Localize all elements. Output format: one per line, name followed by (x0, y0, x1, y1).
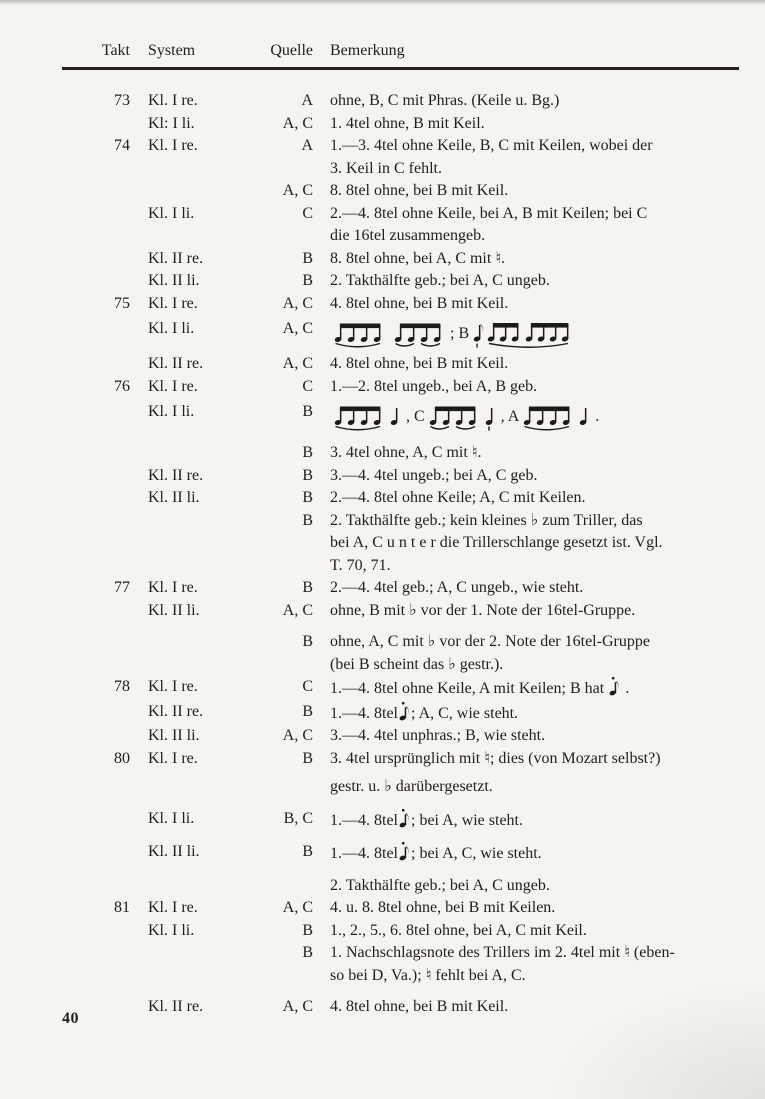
bemerkung-line: 1.—3. 4tel ohne Keile, B, C mit Keilen, … (330, 135, 653, 158)
bemerkung-line: 1. Nachschlagsnote des Trillers im 2. 4t… (330, 942, 675, 965)
quelle-cell: B (248, 401, 313, 424)
quelle-cell: A, C (248, 725, 313, 748)
text-segment: 1.—4. 8tel (330, 705, 398, 722)
system-cell: Kl. II li. (148, 270, 248, 293)
text-segment: 1.—2. 8tel ungeb., bei A, B geb. (330, 378, 537, 395)
text-segment: 4. 8tel ohne, bei B mit Keil. (330, 998, 508, 1015)
table-row: 75 Kl. I re. A, C 4. 8tel ohne, bei B mi… (0, 293, 765, 316)
text-segment: (bei B scheint das ♭ gestr.). (330, 656, 503, 673)
bemerkung-cell: 1.—3. 4tel ohne Keile, B, C mit Keilen, … (330, 135, 653, 180)
system-cell: Kl. I re. (148, 90, 248, 113)
bemerkung-line: 4. u. 8. 8tel ohne, bei B mit Keilen. (330, 897, 555, 920)
bemerkung-cell: 1.—4. 8tel ohne Keile, A mit Keilen; B h… (330, 676, 629, 701)
system-cell: Kl. II re. (148, 248, 248, 271)
quelle-cell: C (248, 203, 313, 226)
bemerkung-line: ohne, A, C mit ♭ vor der 2. Note der 16t… (330, 631, 650, 654)
system-cell: Kl. I re. (148, 135, 248, 158)
system-cell: Kl. II li. (148, 600, 248, 623)
bemerkung-line: 1. 4tel ohne, B mit Keil. (330, 113, 485, 136)
bemerkung-cell: 1.—4. 8tel ; bei A, wie steht. (330, 808, 523, 833)
text-segment: ; bei A, wie steht. (411, 812, 523, 829)
text-segment: 3.—4. 4tel ungeb.; bei A, C geb. (330, 467, 538, 484)
text-segment: 8. 8tel ohne, bei A, C mit ♮. (330, 250, 505, 267)
bemerkung-line: (bei B scheint das ♭ gestr.). (330, 654, 650, 677)
system-cell: Kl. I re. (148, 897, 248, 920)
text-segment: die 16tel zusammengeb. (330, 227, 485, 244)
bemerkung-cell: 8. 8tel ohne, bei A, C mit ♮. (330, 248, 505, 271)
system-cell: Kl: I li. (148, 113, 248, 136)
quelle-cell: B (248, 248, 313, 271)
quelle-cell: A, C (248, 180, 313, 203)
text-segment: 2.—4. 4tel geb.; A, C ungeb., wie steht. (330, 579, 583, 596)
text-segment: 1.—4. 8tel (330, 845, 398, 862)
text-segment: ohne, B, C mit Phras. (Keile u. Bg.) (330, 92, 559, 109)
bemerkung-cell: ohne, B, C mit Phras. (Keile u. Bg.) (330, 90, 559, 113)
text-segment: 3. Keil in C fehlt. (330, 160, 442, 177)
quelle-cell: A, C (248, 293, 313, 316)
notes4-slur-icon (333, 320, 387, 349)
table-row: Kl. II li. A, C ohne, B mit ♭ vor der 1.… (0, 600, 765, 623)
text-segment: 2. Takthälfte geb.; bei A, C ungeb. (330, 272, 550, 289)
takt-cell: 74 (0, 135, 130, 158)
header-rule (62, 67, 739, 70)
text-segment: 4. 8tel ohne, bei B mit Keil. (330, 355, 508, 372)
quelle-cell: A (248, 135, 313, 158)
bemerkung-line: gestr. u. ♭ darübergesetzt. (330, 776, 661, 799)
quelle-cell: B (248, 920, 313, 943)
header-system: System (148, 42, 248, 60)
system-cell: Kl. I li. (148, 920, 248, 943)
bemerkung-line: T. 70, 71. (330, 555, 663, 578)
scan-edge-shadow (0, 0, 765, 5)
table-row: A, C 8. 8tel ohne, bei B mit Keil. (0, 180, 765, 203)
bemerkung-line: so bei D, Va.); ♮ fehlt bei A, C. (330, 965, 675, 988)
table-row: 74 Kl. I re. A 1.—3. 4tel ohne Keile, B,… (0, 135, 765, 180)
header-quelle: Quelle (248, 42, 313, 60)
text-segment: 3.—4. 4tel unphras.; B, wie steht. (330, 727, 545, 744)
table-row: Kl. I li. A, C ; B (0, 318, 765, 350)
text-segment: 4. u. 8. 8tel ohne, bei B mit Keilen. (330, 899, 555, 916)
bemerkung-line: ; B (330, 318, 577, 350)
eighth-stacc-icon (399, 808, 410, 829)
table-row: Kl. II re. A, C 4. 8tel ohne, bei B mit … (0, 996, 765, 1019)
text-segment: ; A, C, wie steht. (411, 705, 518, 722)
bemerkung-cell: 3. 4tel ohne, A, C mit ♮. (330, 442, 482, 465)
quelle-cell: B (248, 487, 313, 510)
quelle-cell: B, C (248, 808, 313, 831)
table-row: Kl. I li. B , C , A (0, 401, 765, 433)
bemerkung-line: 3. 4tel ursprünglich mit ♮; dies (von Mo… (330, 748, 661, 771)
text-segment: . (621, 680, 629, 697)
table-row: 81 Kl. I re. A, C 4. u. 8. 8tel ohne, be… (0, 897, 765, 920)
bemerkung-cell: 4. 8tel ohne, bei B mit Keil. (330, 996, 508, 1019)
bemerkung-line: 1.—4. 8tel ; bei A, C, wie steht. (330, 841, 542, 866)
bemerkung-cell: 8. 8tel ohne, bei B mit Keil. (330, 180, 508, 203)
table-row: 78 Kl. I re. C 1.—4. 8tel ohne Keile, A … (0, 676, 765, 701)
quelle-cell: B (248, 701, 313, 724)
system-cell: Kl. I li. (148, 401, 248, 424)
takt-cell: 76 (0, 376, 130, 399)
page-number: 40 (62, 1010, 79, 1028)
system-cell: Kl. I re. (148, 676, 248, 699)
bemerkung-cell: 3. 4tel ursprünglich mit ♮; dies (von Mo… (330, 748, 661, 799)
table-row: Kl: I li. A, C 1. 4tel ohne, B mit Keil. (0, 113, 765, 136)
quelle-cell: A, C (248, 996, 313, 1019)
bemerkung-cell: 4. u. 8. 8tel ohne, bei B mit Keilen. (330, 897, 555, 920)
text-segment: 1. 4tel ohne, B mit Keil. (330, 115, 485, 132)
table-row: B 1. Nachschlagsnote des Trillers im 2. … (0, 942, 765, 987)
notes4-slur-quarter-icon (333, 403, 403, 432)
quelle-cell: B (248, 631, 313, 654)
bemerkung-cell: 2.—4. 8tel ohne Keile; A, C mit Keilen. (330, 487, 586, 510)
takt-cell: 73 (0, 90, 130, 113)
system-cell: Kl. II re. (148, 701, 248, 724)
text-segment: , A (501, 401, 520, 433)
bemerkung-line: 3.—4. 4tel unphras.; B, wie steht. (330, 725, 545, 748)
quelle-cell: A (248, 90, 313, 113)
bemerkung-line: 1.—4. 8tel ; bei A, wie steht. (330, 808, 523, 833)
table-row: 73 Kl. I re. A ohne, B, C mit Phras. (Ke… (0, 90, 765, 113)
system-cell: Kl. I re. (148, 293, 248, 316)
bemerkung-line: 2. Takthälfte geb.; bei A, C ungeb. (330, 875, 550, 898)
eighth-stacc-icon (399, 701, 410, 722)
text-segment: 1., 2., 5., 6. 8tel ohne, bei A, C mit K… (330, 922, 587, 939)
bemerkung-cell: 3.—4. 4tel unphras.; B, wie steht. (330, 725, 545, 748)
text-segment: ohne, A, C mit ♭ vor der 2. Note der 16t… (330, 633, 650, 650)
text-segment: 3. 4tel ursprünglich mit ♮; dies (von Mo… (330, 750, 661, 767)
system-cell: Kl. I re. (148, 376, 248, 399)
table-row: Kl. I li. C 2.—4. 8tel ohne Keile, bei A… (0, 203, 765, 248)
table-row: Kl. II re. B 1.—4. 8tel ; A, C, wie steh… (0, 701, 765, 726)
table-row: 77 Kl. I re. B 2.—4. 4tel geb.; A, C ung… (0, 577, 765, 600)
bemerkung-line: 3.—4. 4tel ungeb.; bei A, C geb. (330, 465, 538, 488)
text-segment: 1.—4. 8tel (330, 812, 398, 829)
system-cell: Kl. I li. (148, 203, 248, 226)
bemerkung-cell: 1., 2., 5., 6. 8tel ohne, bei A, C mit K… (330, 920, 587, 943)
quelle-cell: B (248, 465, 313, 488)
table-row: Kl. II re. B 8. 8tel ohne, bei A, C mit … (0, 248, 765, 271)
bemerkung-line: ohne, B, C mit Phras. (Keile u. Bg.) (330, 90, 559, 113)
bemerkung-line: 4. 8tel ohne, bei B mit Keil. (330, 996, 508, 1019)
quelle-cell: C (248, 676, 313, 699)
system-cell: Kl. II re. (148, 465, 248, 488)
text-segment: 2. Takthälfte geb.; bei A, C ungeb. (330, 877, 550, 894)
text-segment: . (595, 401, 599, 433)
scanned-document-page: { "page": { "number": "40" }, "header": … (0, 0, 765, 1099)
bemerkung-line: bei A, C u n t e r die Trillerschlange g… (330, 532, 663, 555)
bemerkung-line: 4. 8tel ohne, bei B mit Keil. (330, 293, 508, 316)
bemerkung-cell: 2. Takthälfte geb.; bei A, C ungeb. (330, 270, 550, 293)
table-row: Kl. II li. A, C 3.—4. 4tel unphras.; B, … (0, 725, 765, 748)
table-row: B 3. 4tel ohne, A, C mit ♮. (0, 442, 765, 465)
text-segment: 1.—3. 4tel ohne Keile, B, C mit Keilen, … (330, 137, 653, 154)
text-segment: 2.—4. 8tel ohne Keile, bei A, B mit Keil… (330, 205, 647, 222)
text-segment: 3. 4tel ohne, A, C mit ♮. (330, 444, 482, 461)
quelle-cell: A, C (248, 600, 313, 623)
bemerkung-cell: 2. Takthälfte geb.; bei A, C ungeb. (330, 875, 550, 898)
text-segment: ohne, B mit ♭ vor der 1. Note der 16tel-… (330, 602, 635, 619)
notes4-slur-quarter-icon (522, 403, 592, 432)
system-cell: Kl. II re. (148, 353, 248, 376)
bemerkung-line: , C , A . (330, 401, 599, 433)
table-row: Kl. II li. B 2. Takthälfte geb.; bei A, … (0, 270, 765, 293)
header-bemerkung: Bemerkung (330, 42, 405, 60)
quelle-cell: B (248, 841, 313, 864)
text-segment: , C (406, 401, 425, 433)
text-segment: bei A, C u n t e r die Trillerschlange g… (330, 534, 663, 551)
system-cell: Kl. I re. (148, 577, 248, 600)
bemerkung-cell: 1.—2. 8tel ungeb., bei A, B geb. (330, 376, 537, 399)
quelle-cell: A, C (248, 318, 313, 341)
text-segment: 4. 8tel ohne, bei B mit Keil. (330, 295, 508, 312)
bemerkung-line: 2.—4. 8tel ohne Keile; A, C mit Keilen. (330, 487, 586, 510)
bemerkung-line: ohne, B mit ♭ vor der 1. Note der 16tel-… (330, 600, 635, 623)
bemerkung-cell: 4. 8tel ohne, bei B mit Keil. (330, 353, 508, 376)
table-rows: 73 Kl. I re. A ohne, B, C mit Phras. (Ke… (0, 90, 765, 1019)
takt-cell: 78 (0, 676, 130, 699)
system-cell: Kl. II li. (148, 841, 248, 864)
text-segment: 2.—4. 8tel ohne Keile; A, C mit Keilen. (330, 489, 586, 506)
text-segment: 2. Takthälfte geb.; kein kleines ♭ zum T… (330, 512, 643, 529)
quelle-cell: A, C (248, 897, 313, 920)
text-segment: ; bei A, C, wie steht. (411, 845, 542, 862)
quelle-cell: B (248, 442, 313, 465)
bemerkung-cell: 1. Nachschlagsnote des Trillers im 2. 4t… (330, 942, 675, 987)
quelle-cell: A, C (248, 113, 313, 136)
bemerkung-line: 1., 2., 5., 6. 8tel ohne, bei A, C mit K… (330, 920, 587, 943)
table-row: Kl. II re. A, C 4. 8tel ohne, bei B mit … (0, 353, 765, 376)
system-cell: Kl. II li. (148, 487, 248, 510)
table-header: Takt System Quelle Bemerkung (0, 42, 765, 60)
quelle-cell: B (248, 577, 313, 600)
table-row: B 2. Takthälfte geb.; kein kleines ♭ zum… (0, 510, 765, 578)
bemerkung-cell: ohne, B mit ♭ vor der 1. Note der 16tel-… (330, 600, 635, 623)
bemerkung-line: 2. Takthälfte geb.; kein kleines ♭ zum T… (330, 510, 663, 533)
bemerkung-line: 8. 8tel ohne, bei A, C mit ♮. (330, 248, 505, 271)
takt-cell: 81 (0, 897, 130, 920)
quelle-cell: C (248, 376, 313, 399)
bemerkung-cell: 1.—4. 8tel ; bei A, C, wie steht. (330, 841, 542, 866)
table-row: 76 Kl. I re. C 1.—2. 8tel ungeb., bei A,… (0, 376, 765, 399)
bemerkung-cell: 4. 8tel ohne, bei B mit Keil. (330, 293, 508, 316)
bemerkung-line: 8. 8tel ohne, bei B mit Keil. (330, 180, 508, 203)
bemerkung-cell: 3.—4. 4tel ungeb.; bei A, C geb. (330, 465, 538, 488)
text-segment: 1. Nachschlagsnote des Trillers im 2. 4t… (330, 944, 675, 961)
quelle-cell: B (248, 270, 313, 293)
table-row: 2. Takthälfte geb.; bei A, C ungeb. (0, 875, 765, 898)
text-segment: 8. 8tel ohne, bei B mit Keil. (330, 182, 508, 199)
table-row: Kl. II li. B 1.—4. 8tel ; bei A, C, wie … (0, 841, 765, 866)
bemerkung-line: 2.—4. 8tel ohne Keile, bei A, B mit Keil… (330, 203, 647, 226)
bemerkung-line: 1.—4. 8tel ; A, C, wie steht. (330, 701, 518, 726)
bemerkung-cell: ohne, A, C mit ♭ vor der 2. Note der 16t… (330, 631, 650, 676)
bemerkung-cell: 1.—4. 8tel ; A, C, wie steht. (330, 701, 518, 726)
text-segment: so bei D, Va.); ♮ fehlt bei A, C. (330, 967, 526, 984)
bemerkung-line: 2. Takthälfte geb.; bei A, C ungeb. (330, 270, 550, 293)
bemerkung-line: die 16tel zusammengeb. (330, 225, 647, 248)
bemerkung-cell: 1. 4tel ohne, B mit Keil. (330, 113, 485, 136)
notes8-run-icon (472, 319, 574, 350)
bemerkung-cell: 2.—4. 8tel ohne Keile, bei A, B mit Keil… (330, 203, 647, 248)
text-segment: T. 70, 71. (330, 557, 391, 574)
bemerkung-line: 2.—4. 4tel geb.; A, C ungeb., wie steht. (330, 577, 583, 600)
bemerkung-line: 4. 8tel ohne, bei B mit Keil. (330, 353, 508, 376)
system-cell: Kl. I li. (148, 808, 248, 831)
bemerkung-cell: , C , A . (330, 401, 599, 433)
quelle-cell: B (248, 510, 313, 533)
eighth-stacc-icon (609, 676, 620, 697)
table-row: 80 Kl. I re. B 3. 4tel ursprünglich mit … (0, 748, 765, 799)
bemerkung-line: 3. Keil in C fehlt. (330, 158, 653, 181)
takt-cell: 77 (0, 577, 130, 600)
bemerkung-line: 3. 4tel ohne, A, C mit ♮. (330, 442, 482, 465)
bemerkung-cell: ; B (330, 318, 577, 350)
system-cell: Kl. II re. (148, 996, 248, 1019)
eighth-stacc-icon (399, 841, 410, 862)
notes4-pairslurs-quarter-stacc-icon (428, 403, 498, 432)
text-segment: gestr. u. ♭ darübergesetzt. (330, 778, 493, 795)
table-row: Kl. I li. B 1., 2., 5., 6. 8tel ohne, be… (0, 920, 765, 943)
takt-cell: 80 (0, 748, 130, 771)
takt-cell: 75 (0, 293, 130, 316)
quelle-cell: B (248, 942, 313, 965)
table-row: Kl. II re. B 3.—4. 4tel ungeb.; bei A, C… (0, 465, 765, 488)
bemerkung-cell: 2.—4. 4tel geb.; A, C ungeb., wie steht. (330, 577, 583, 600)
system-cell: Kl. I li. (148, 318, 248, 341)
table-row: Kl. II li. B 2.—4. 8tel ohne Keile; A, C… (0, 487, 765, 510)
text-segment: ; B (450, 318, 469, 350)
header-takt: Takt (0, 42, 130, 60)
quelle-cell: B (248, 748, 313, 771)
notes4-pairslurs-icon (393, 320, 447, 349)
bemerkung-cell: 2. Takthälfte geb.; kein kleines ♭ zum T… (330, 510, 663, 578)
bemerkung-line: 1.—4. 8tel ohne Keile, A mit Keilen; B h… (330, 676, 629, 701)
table-row: Kl. I li. B, C 1.—4. 8tel ; bei A, wie s… (0, 808, 765, 833)
quelle-cell: A, C (248, 353, 313, 376)
system-cell: Kl. II li. (148, 725, 248, 748)
bemerkung-line: 1.—2. 8tel ungeb., bei A, B geb. (330, 376, 537, 399)
text-segment: 1.—4. 8tel ohne Keile, A mit Keilen; B h… (330, 680, 608, 697)
system-cell: Kl. I re. (148, 748, 248, 771)
table-row: B ohne, A, C mit ♭ vor der 2. Note der 1… (0, 631, 765, 676)
